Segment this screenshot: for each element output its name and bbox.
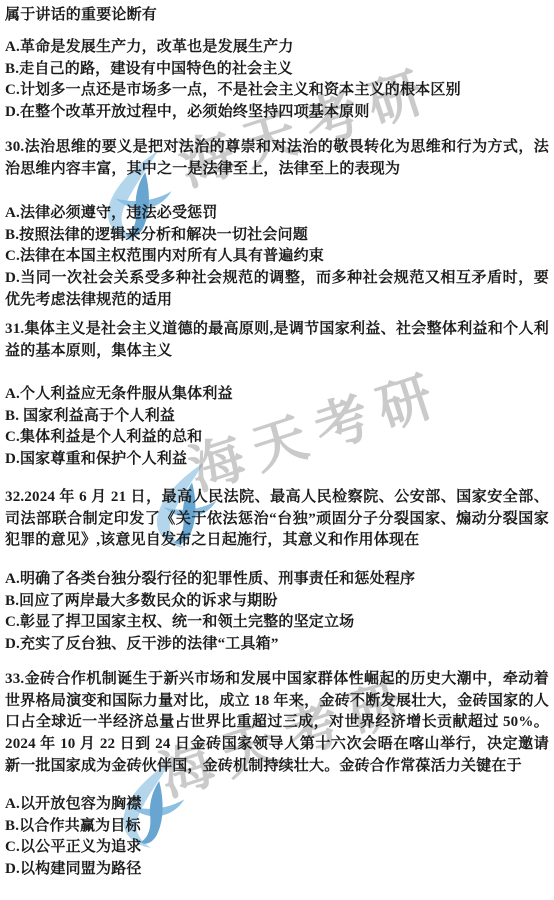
option-line: C.以公平正义为追求 bbox=[5, 837, 549, 859]
option-group: A.法律必须遵守，违法必受惩罚 B.按照法律的逻辑来分析和解决一切社会问题 C.… bbox=[5, 203, 549, 312]
option-line: B.回应了两岸最大多数民众的诉求与期盼 bbox=[5, 591, 549, 613]
option-line: A.个人利益应无条件服从集体利益 bbox=[5, 384, 549, 406]
option-line: B.按照法律的逻辑来分析和解决一切社会问题 bbox=[5, 225, 549, 247]
option-line: C.彰显了捍卫国家主权、统一和领土完整的坚定立场 bbox=[5, 612, 549, 634]
option-line: B.以合作共赢为目标 bbox=[5, 816, 549, 838]
option-group: A.个人利益应无条件服从集体利益 B. 国家利益高于个人利益 C.集体利益是个人… bbox=[5, 384, 549, 471]
option-line: D.以构建同盟为路径 bbox=[5, 859, 549, 881]
option-line: B. 国家利益高于个人利益 bbox=[5, 406, 549, 428]
question-stem: 31.集体主义是社会主义道德的最高原则,是调节国家利益、社会整体利益和个人利益的… bbox=[5, 319, 549, 362]
option-group: A.革命是发展生产力，改革也是发展生产力 B.走自己的路，建设有中国特色的社会主… bbox=[5, 37, 549, 124]
option-line: B.走自己的路，建设有中国特色的社会主义 bbox=[5, 59, 549, 81]
question-stem: 30.法治思维的要义是把对法治的尊崇和对法治的敬畏转化为思维和行为方式，法治思维… bbox=[5, 137, 549, 180]
option-line: A.革命是发展生产力，改革也是发展生产力 bbox=[5, 37, 549, 59]
option-line: C.计划多一点还是市场多一点，不是社会主义和资本主义的根本区别 bbox=[5, 80, 549, 102]
option-group: A.以开放包容为胸襟 B.以合作共赢为目标 C.以公平正义为追求 D.以构建同盟… bbox=[5, 794, 549, 881]
option-line: A.法律必须遵守，违法必受惩罚 bbox=[5, 203, 549, 225]
question-stem: 32.2024 年 6 月 21 日，最高人民法院、最高人民检察院、公安部、国家… bbox=[5, 487, 549, 552]
option-line: D.充实了反台独、反干涉的法律“工具箱” bbox=[5, 634, 549, 656]
option-line: C.集体利益是个人利益的总和 bbox=[5, 427, 549, 449]
option-line: C.法律在本国主权范围内对所有人具有普遍约束 bbox=[5, 246, 549, 268]
option-line: D.当同一次社会关系受多种社会规范的调整，而多种社会规范又相互矛盾时，要优先考虑… bbox=[5, 268, 549, 311]
option-line: A.以开放包容为胸襟 bbox=[5, 794, 549, 816]
question-stem-continuation: 属于讲话的重要论断有 bbox=[5, 5, 549, 27]
option-group: A.明确了各类台独分裂行径的犯罪性质、刑事责任和惩处程序 B.回应了两岸最大多数… bbox=[5, 569, 549, 656]
option-line: D.国家尊重和保护个人利益 bbox=[5, 449, 549, 471]
exam-document-page: 海天考研 海天考研 海天考研 属于讲话的重要论断有 A.革命是发展生产力，改革也… bbox=[0, 0, 554, 900]
question-stem: 33.金砖合作机制诞生于新兴市场和发展中国家群体性崛起的历史大潮中，牵动着世界格… bbox=[5, 669, 549, 778]
option-line: D.在整个改革开放过程中，必须始终坚持四项基本原则 bbox=[5, 102, 549, 124]
option-line: A.明确了各类台独分裂行径的犯罪性质、刑事责任和惩处程序 bbox=[5, 569, 549, 591]
